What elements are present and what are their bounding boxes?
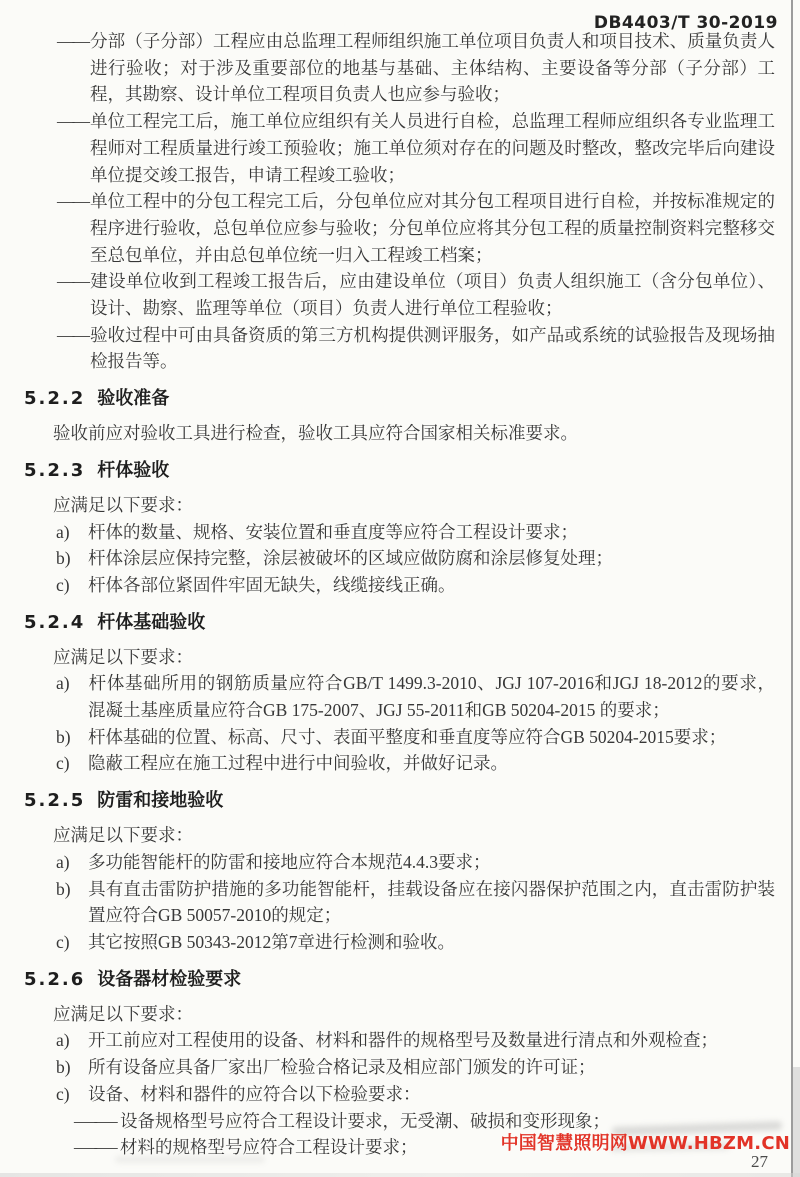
section-title: 防雷和接地验收	[97, 790, 223, 811]
bullet-item: ——单位工程中的分包工程完工后，分包单位应对其分包工程项目进行自检，并按标准规定…	[0, 188, 775, 268]
section-number: 5.2.2	[24, 388, 85, 409]
lettered-item: c)杆体各部位紧固件牢固无缺失，线缆接线正确。	[0, 572, 775, 599]
document-body: ——分部（子分部）工程应由总监理工程师组织施工单位项目负责人和项目技术、质量负责…	[0, 0, 775, 1161]
list-intro: 应满足以下要求：	[0, 1001, 775, 1028]
item-label: c)	[56, 929, 88, 956]
section-number: 5.2.3	[24, 460, 85, 481]
item-label: a)	[56, 670, 88, 697]
item-label: c)	[56, 1081, 88, 1108]
bullet-list: ——分部（子分部）工程应由总监理工程师组织施工单位项目负责人和项目技术、质量负责…	[0, 28, 775, 375]
dash-marker: ——	[57, 322, 90, 349]
item-label: b)	[56, 876, 88, 903]
section-title: 设备器材检验要求	[97, 969, 241, 990]
item-text: 杆体涂层应保持完整，涂层被破坏的区域应做防腐和涂层修复处理；	[88, 548, 613, 568]
section-number: 5.2.5	[24, 790, 85, 811]
lettered-item: a)多功能智能杆的防雷和接地应符合本规范4.4.3要求；	[0, 849, 775, 876]
item-label: a)	[56, 1027, 88, 1054]
scan-corner-shade	[793, 1067, 800, 1177]
item-text: 其它按照GB 50343-2012第7章进行检测和验收。	[88, 932, 455, 952]
lettered-item: b)所有设备应具备厂家出厂检验合格记录及相应部门颁发的许可证；	[0, 1054, 775, 1081]
lettered-item: a)杆体基础所用的钢筋质量应符合GB/T 1499.3-2010、JGJ 107…	[0, 670, 775, 723]
lettered-item: a)杆体的数量、规格、安装位置和垂直度等应符合工程设计要求；	[0, 519, 775, 546]
item-label: c)	[56, 572, 88, 599]
scan-edge-line	[791, 0, 793, 1177]
item-text: 所有设备应具备厂家出厂检验合格记录及相应部门颁发的许可证；	[88, 1057, 596, 1077]
list-intro: 应满足以下要求：	[0, 822, 775, 849]
page-number: 27	[751, 1152, 768, 1172]
bullet-item: ——单位工程完工后，施工单位应组织有关人员进行自检，总监理工程师应组织各专业监理…	[0, 108, 775, 188]
item-text: 隐蔽工程应在施工过程中进行中间验收，并做好记录。	[88, 753, 508, 773]
section-title: 杆体验收	[97, 460, 169, 481]
sub-item-text: 材料的规格型号应符合工程设计要求；	[120, 1137, 418, 1157]
site-watermark: 中国智慧照明网WWW.HBZM.CN	[501, 1129, 790, 1155]
document-page: DB4403/T 30-2019 ——分部（子分部）工程应由总监理工程师组织施工…	[0, 0, 800, 1177]
section-title: 验收准备	[97, 388, 169, 409]
section-paragraph: 验收前应对验收工具进行检查，验收工具应符合国家相关标准要求。	[0, 420, 775, 447]
bullet-item: ——验收过程中可由具备资质的第三方机构提供测评服务，如产品或系统的试验报告及现场…	[0, 322, 775, 375]
scan-bottom-shade	[0, 1173, 800, 1177]
bullet-text: 单位工程完工后，施工单位应组织有关人员进行自检，总监理工程师应组织各专业监理工程…	[90, 111, 775, 184]
bullet-item: ——分部（子分部）工程应由总监理工程师组织施工单位项目负责人和项目技术、质量负责…	[0, 28, 775, 108]
item-text: 杆体基础的位置、标高、尺寸、表面平整度和垂直度等应符合GB 50204-2015…	[88, 727, 726, 747]
section-number: 5.2.4	[24, 612, 85, 633]
sub-item-text: 设备规格型号应符合工程设计要求，无受潮、破损和变形现象；	[120, 1111, 610, 1131]
bullet-text: 分部（子分部）工程应由总监理工程师组织施工单位项目负责人和项目技术、质量负责人进…	[90, 31, 775, 104]
section-heading-5-2-6: 5.2.6设备器材检验要求	[0, 966, 775, 994]
bullet-text: 建设单位收到工程竣工报告后，应由建设单位（项目）负责人组织施工（含分包单位）、设…	[90, 271, 775, 318]
dash-marker: ——	[57, 188, 90, 215]
item-label: c)	[56, 750, 88, 777]
bullet-text: 单位工程中的分包工程完工后，分包单位应对其分包工程项目进行自检，并按标准规定的程…	[90, 191, 775, 264]
lettered-item: c)设备、材料和器件的应符合以下检验要求：	[0, 1081, 775, 1108]
item-text: 杆体的数量、规格、安装位置和垂直度等应符合工程设计要求；	[88, 522, 578, 542]
section-heading-5-2-5: 5.2.5防雷和接地验收	[0, 787, 775, 815]
lettered-item: b)具有直击雷防护措施的多功能智能杆，挂载设备应在接闪器保护范围之内，直击雷防护…	[0, 876, 775, 929]
dash-marker: ——	[57, 268, 90, 295]
section-heading-5-2-3: 5.2.3杆体验收	[0, 457, 775, 485]
item-label: b)	[56, 1054, 88, 1081]
lettered-item: c)其它按照GB 50343-2012第7章进行检测和验收。	[0, 929, 775, 956]
section-title: 杆体基础验收	[97, 612, 205, 633]
section-number: 5.2.6	[24, 969, 85, 990]
item-label: a)	[56, 849, 88, 876]
list-intro: 应满足以下要求：	[0, 492, 775, 519]
item-label: a)	[56, 519, 88, 546]
item-text: 设备、材料和器件的应符合以下检验要求：	[88, 1084, 421, 1104]
bullet-text: 验收过程中可由具备资质的第三方机构提供测评服务，如产品或系统的试验报告及现场抽检…	[90, 325, 775, 372]
bullet-item: ——建设单位收到工程竣工报告后，应由建设单位（项目）负责人组织施工（含分包单位）…	[0, 268, 775, 321]
item-text: 多功能智能杆的防雷和接地应符合本规范4.4.3要求；	[88, 852, 491, 872]
faint-watermark-smudge	[115, 1156, 265, 1163]
dash-marker: ——	[57, 28, 90, 55]
lettered-item: a)开工前应对工程使用的设备、材料和器件的规格型号及数量进行清点和外观检查；	[0, 1027, 775, 1054]
section-heading-5-2-4: 5.2.4杆体基础验收	[0, 609, 775, 637]
lettered-item: b)杆体基础的位置、标高、尺寸、表面平整度和垂直度等应符合GB 50204-20…	[0, 724, 775, 751]
section-heading-5-2-2: 5.2.2验收准备	[0, 385, 775, 413]
item-text: 杆体基础所用的钢筋质量应符合GB/T 1499.3-2010、JGJ 107-2…	[88, 673, 775, 720]
dash-marker: ——	[74, 1108, 135, 1135]
list-intro: 应满足以下要求：	[0, 644, 775, 671]
item-text: 杆体各部位紧固件牢固无缺失，线缆接线正确。	[88, 575, 456, 595]
item-label: b)	[56, 545, 88, 572]
item-text: 具有直击雷防护措施的多功能智能杆，挂载设备应在接闪器保护范围之内，直击雷防护装置…	[88, 879, 775, 926]
item-label: b)	[56, 724, 88, 751]
dash-marker: ——	[57, 108, 90, 135]
lettered-item: b)杆体涂层应保持完整，涂层被破坏的区域应做防腐和涂层修复处理；	[0, 545, 775, 572]
lettered-item: c)隐蔽工程应在施工过程中进行中间验收，并做好记录。	[0, 750, 775, 777]
item-text: 开工前应对工程使用的设备、材料和器件的规格型号及数量进行清点和外观检查；	[88, 1030, 718, 1050]
